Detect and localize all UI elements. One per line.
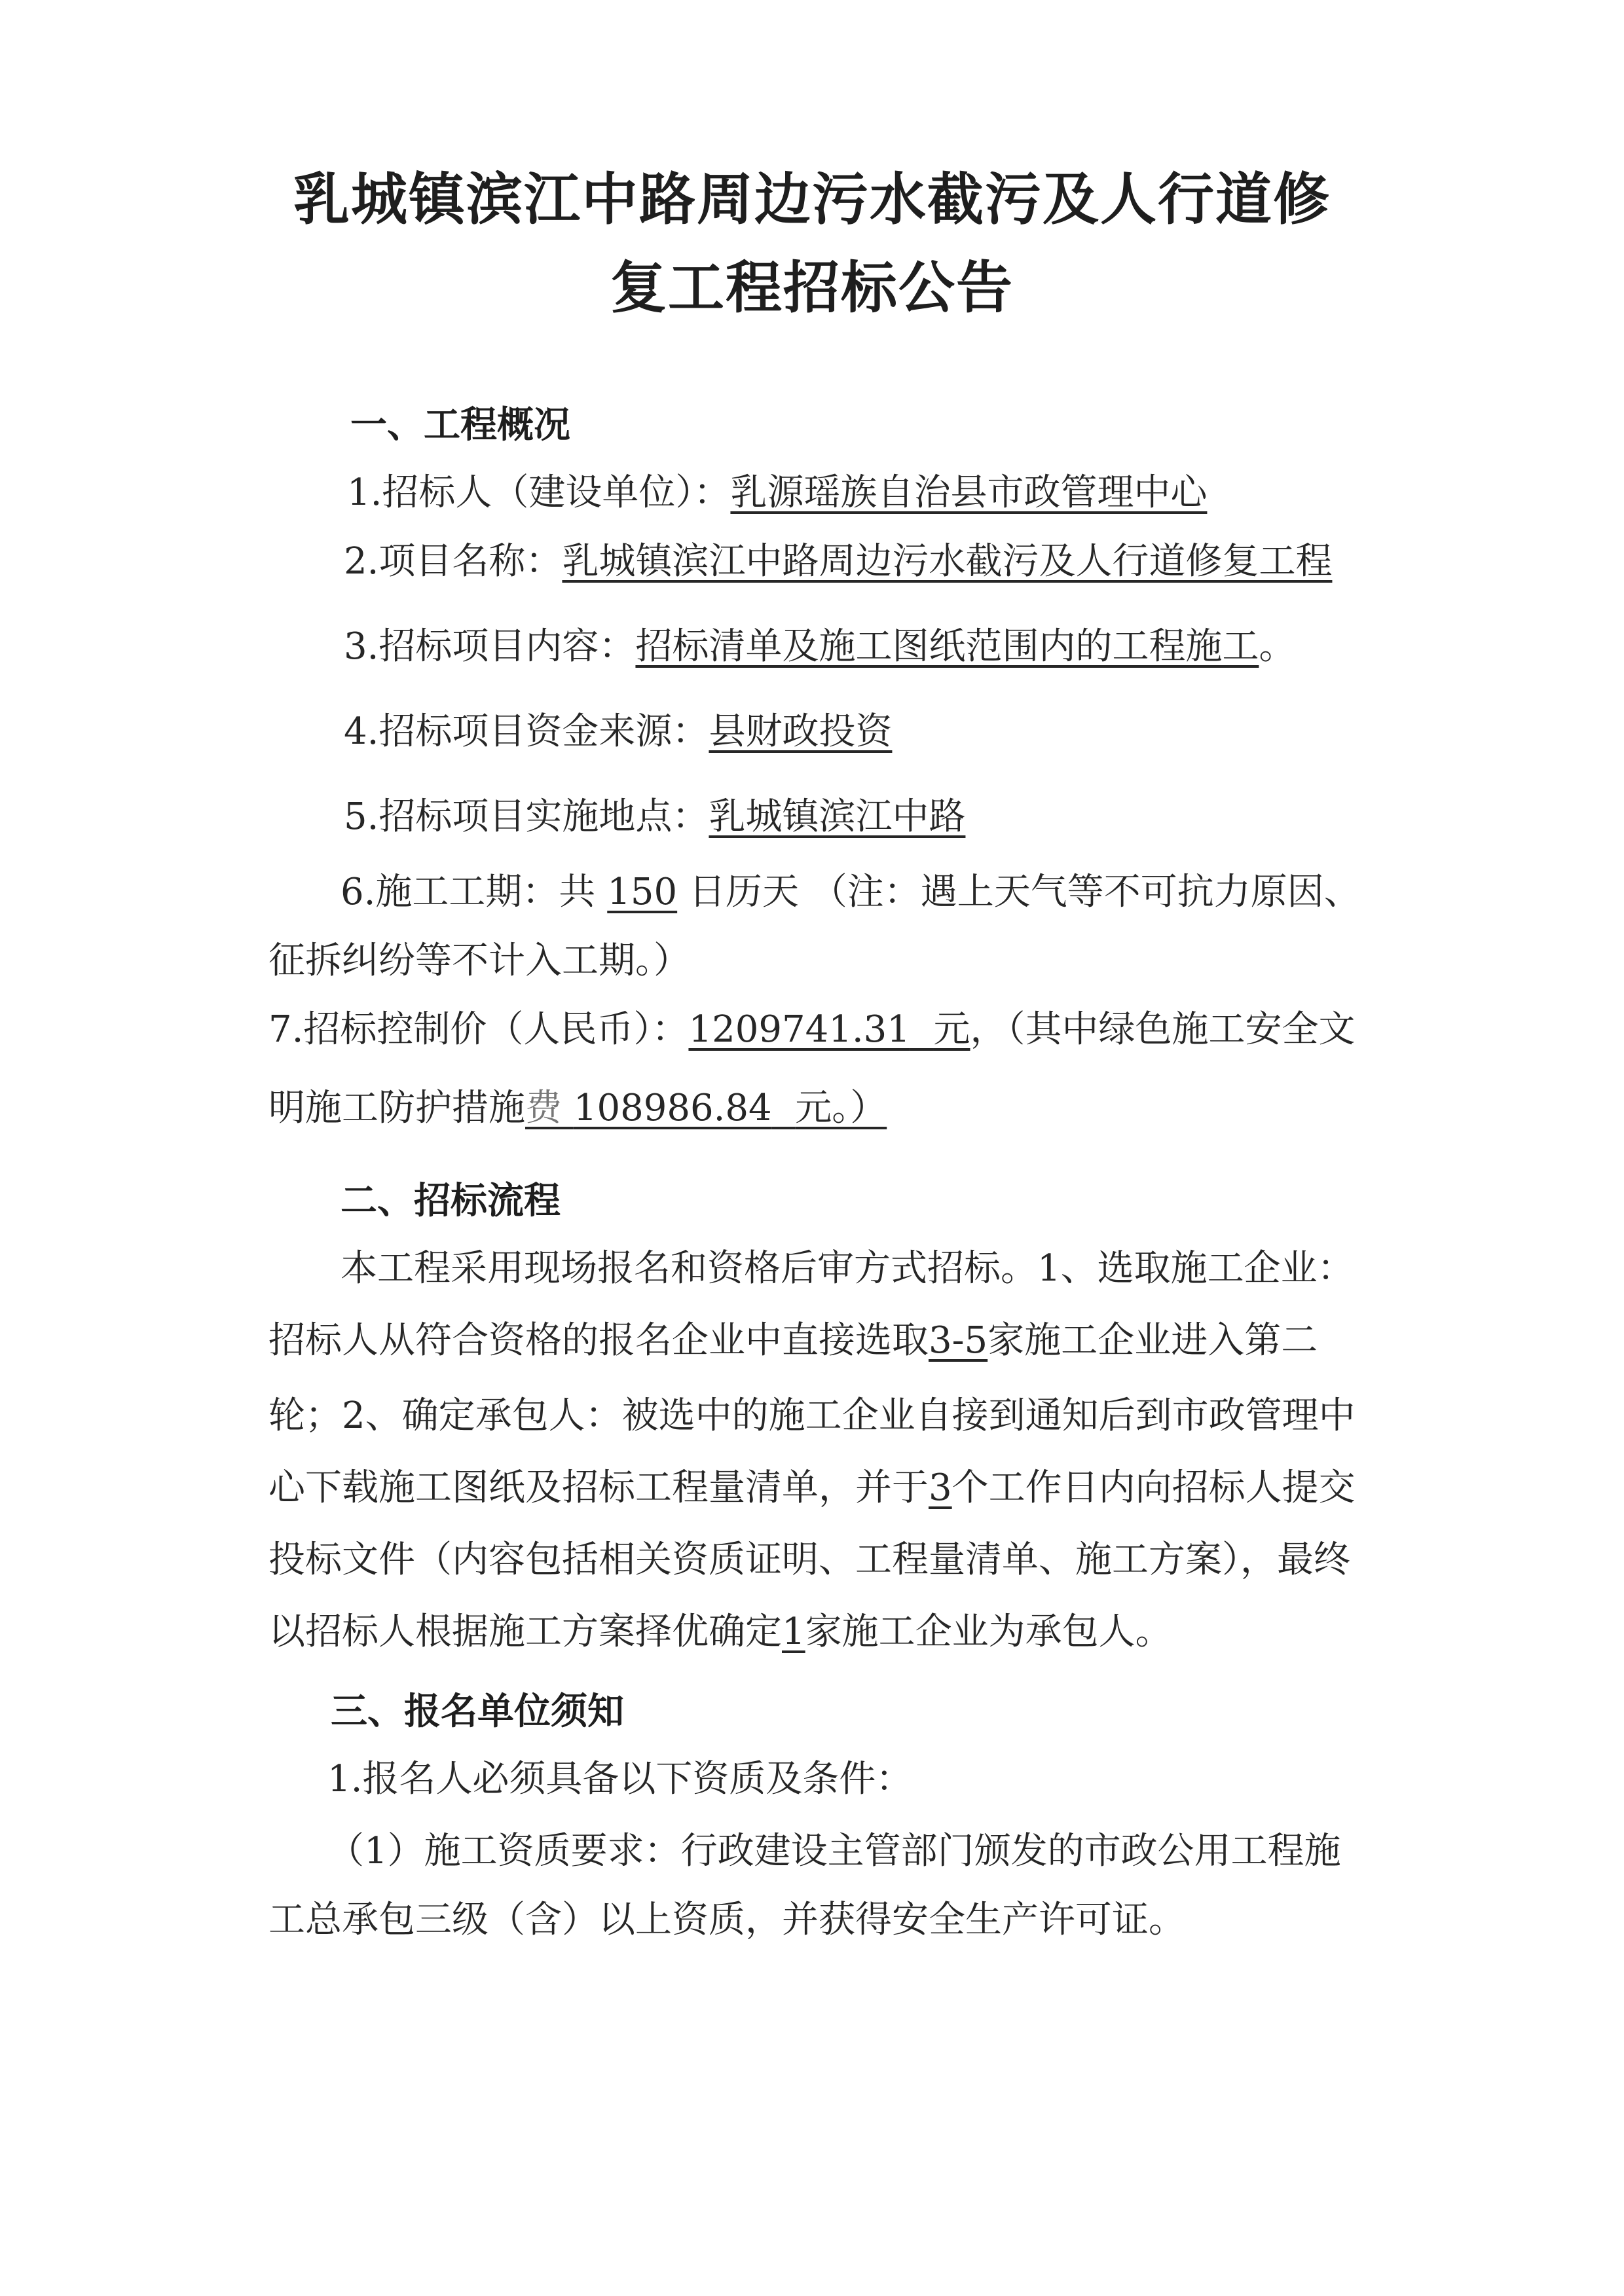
item-duration-line2: 征拆纠纷等不计入工期。） bbox=[268, 943, 690, 979]
item-location: 5.招标项目实施地点：乳城镇滨江中路 bbox=[344, 799, 965, 835]
item-duration-note: 日历天 （注：遇上天气等不可抗力原因、 bbox=[689, 871, 1361, 913]
price-unit: 元 bbox=[934, 1008, 970, 1051]
item-location-value: 乳城镇滨江中路 bbox=[709, 795, 965, 838]
item-project-name: 2.项目名称：乳城镇滨江中路周边污水截污及人行道修复工程 bbox=[344, 543, 1332, 580]
process-line-5: 投标文件（内容包括相关资质证明、工程量清单、施工方案），最终 bbox=[268, 1542, 1350, 1578]
item-tenderer-value: 乳源瑶族自治县市政管理中心 bbox=[730, 471, 1207, 514]
item-control-price: 7.招标控制价（人民币）：1209741.31 元，（其中绿色施工安全文 bbox=[268, 1011, 1356, 1048]
item-project-name-label: 2.项目名称： bbox=[344, 540, 562, 583]
item-content: 3.招标项目内容：招标清单及施工图纸范围内的工程施工。 bbox=[344, 629, 1295, 665]
fee-tail: 元。） bbox=[795, 1087, 887, 1129]
price-number: 1209741.31 bbox=[688, 1008, 910, 1051]
fee-number: 108986.84 bbox=[574, 1087, 772, 1129]
item-tenderer-label: 1.招标人（建设单位）： bbox=[347, 471, 730, 514]
item-control-price-value: 1209741.31 元 bbox=[688, 1008, 970, 1051]
item-control-price-line2: 明施工防护措施费 108986.84 元。） bbox=[268, 1090, 887, 1127]
safety-fee-value: 费 108986.84 元。） bbox=[525, 1087, 887, 1129]
process-line-2: 招标人从符合资格的报名企业中直接选取3-5家施工企业进入第二 bbox=[268, 1322, 1318, 1359]
item-project-name-value: 乳城镇滨江中路周边污水截污及人行道修复工程 bbox=[562, 540, 1332, 583]
winner-count: 1 bbox=[782, 1611, 805, 1653]
registration-item-1: 1.报名人必须具备以下资质及条件： bbox=[327, 1761, 912, 1798]
process-line-4-b: 个工作日内向招标人提交 bbox=[952, 1467, 1356, 1509]
item-content-tail: 。 bbox=[1259, 625, 1295, 668]
section-heading-registration: 三、报名单位须知 bbox=[331, 1683, 624, 1735]
process-line-4-a: 心下载施工图纸及招标工程量清单，并于 bbox=[268, 1467, 929, 1509]
document-title-line-2: 复工程招标公告 bbox=[0, 242, 1624, 323]
document-title-line-1: 乳城镇滨江中路周边污水截污及人行道修 bbox=[0, 154, 1624, 235]
fee-char: 费 bbox=[525, 1087, 562, 1129]
item-tenderer: 1.招标人（建设单位）：乳源瑶族自治县市政管理中心 bbox=[347, 475, 1207, 511]
item-duration: 6.施工工期：共 150 日历天 （注：遇上天气等不可抗力原因、 bbox=[341, 874, 1361, 911]
process-line-2-a: 招标人从符合资格的报名企业中直接选取 bbox=[268, 1319, 929, 1362]
item-duration-days: 150 bbox=[607, 871, 677, 913]
qualification-line-2: 工总承包三级（含）以上资质，并获得安全生产许可证。 bbox=[268, 1902, 1185, 1939]
workday-count: 3 bbox=[929, 1467, 952, 1509]
process-line-1: 本工程采用现场报名和资格后审方式招标。1、选取施工企业： bbox=[341, 1250, 1354, 1287]
process-line-6-a: 以招标人根据施工方案择优确定 bbox=[268, 1611, 782, 1653]
item-duration-label: 6.施工工期：共 bbox=[341, 871, 595, 913]
item-location-label: 5.招标项目实施地点： bbox=[344, 795, 709, 838]
item-control-price-note: ，（其中绿色施工安全文 bbox=[970, 1008, 1356, 1051]
section-heading-process: 二、招标流程 bbox=[341, 1172, 561, 1224]
qualification-line-1: （1）施工资质要求：行政建设主管部门颁发的市政公用工程施 bbox=[327, 1833, 1341, 1870]
item-content-label: 3.招标项目内容： bbox=[344, 625, 635, 668]
process-line-3: 轮；2、确定承包人：被选中的施工企业自接到通知后到市政管理中 bbox=[268, 1398, 1356, 1434]
item-content-value: 招标清单及施工图纸范围内的工程施工 bbox=[635, 625, 1259, 668]
process-line-6: 以招标人根据施工方案择优确定1家施工企业为承包人。 bbox=[268, 1614, 1172, 1650]
process-line-6-b: 家施工企业为承包人。 bbox=[805, 1611, 1172, 1653]
item-control-price-label: 7.招标控制价（人民币）： bbox=[268, 1008, 688, 1051]
item-funding-label: 4.招标项目资金来源： bbox=[344, 710, 709, 753]
process-line-4: 心下载施工图纸及招标工程量清单，并于3个工作日内向招标人提交 bbox=[268, 1470, 1356, 1506]
process-line-2-b: 家施工企业进入第二 bbox=[987, 1319, 1318, 1362]
safety-fee-label: 明施工防护措施 bbox=[268, 1087, 525, 1129]
section-heading-overview: 一、工程概况 bbox=[350, 396, 570, 448]
item-funding-source: 4.招标项目资金来源：县财政投资 bbox=[344, 714, 892, 750]
candidate-count: 3-5 bbox=[929, 1319, 987, 1362]
item-funding-value: 县财政投资 bbox=[709, 710, 892, 753]
